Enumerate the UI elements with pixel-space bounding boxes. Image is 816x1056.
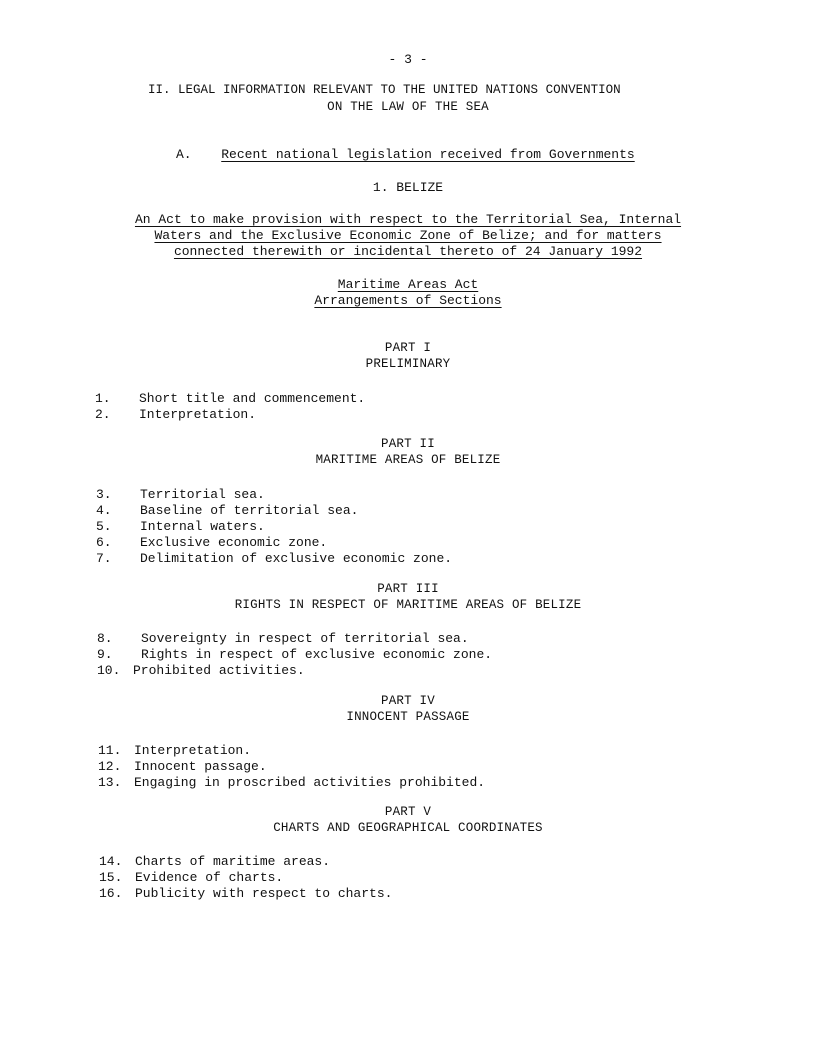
- section-item: 13.Engaging in proscribed activities pro…: [98, 775, 485, 790]
- section-item: 3.Territorial sea.: [96, 487, 265, 502]
- section-item: 15.Evidence of charts.: [99, 870, 283, 885]
- section-item: 12.Innocent passage.: [98, 759, 267, 774]
- part-2-title: MARITIME AREAS OF BELIZE: [0, 453, 816, 467]
- section-item: 14.Charts of maritime areas.: [99, 854, 330, 869]
- act-title-line3: connected therewith or incidental theret…: [0, 244, 816, 259]
- section-item: 4.Baseline of territorial sea.: [96, 503, 358, 518]
- part-3-label: PART III: [0, 582, 816, 596]
- act-title-line1: An Act to make provision with respect to…: [0, 212, 816, 227]
- section-item: 2.Interpretation.: [95, 407, 256, 422]
- section-item: 9.Rights in respect of exclusive economi…: [97, 647, 492, 662]
- section-title: Recent national legislation received fro…: [221, 147, 634, 162]
- part-4-label: PART IV: [0, 694, 816, 708]
- part-5-label: PART V: [0, 805, 816, 819]
- act-title-line2: Waters and the Exclusive Economic Zone o…: [0, 228, 816, 243]
- part-2-label: PART II: [0, 437, 816, 451]
- section-heading: A. Recent national legislation received …: [176, 147, 635, 162]
- section-item: 16.Publicity with respect to charts.: [99, 886, 392, 901]
- chapter-heading-line1: II. LEGAL INFORMATION RELEVANT TO THE UN…: [148, 83, 621, 97]
- section-item: 1.Short title and commencement.: [95, 391, 365, 406]
- section-item: 6.Exclusive economic zone.: [96, 535, 327, 550]
- part-3-title: RIGHTS IN RESPECT OF MARITIME AREAS OF B…: [0, 598, 816, 612]
- country-heading: 1. BELIZE: [0, 180, 816, 195]
- part-4-title: INNOCENT PASSAGE: [0, 710, 816, 724]
- section-item: 5.Internal waters.: [96, 519, 265, 534]
- arrangement-heading: Arrangements of Sections: [0, 293, 816, 308]
- part-1-title: PRELIMINARY: [0, 357, 816, 371]
- part-5-title: CHARTS AND GEOGRAPHICAL COORDINATES: [0, 821, 816, 835]
- section-item: 7.Delimitation of exclusive economic zon…: [96, 551, 452, 566]
- chapter-heading-line2: ON THE LAW OF THE SEA: [0, 100, 816, 114]
- part-1-label: PART I: [0, 341, 816, 355]
- section-item: 8.Sovereignty in respect of territorial …: [97, 631, 469, 646]
- page-number: - 3 -: [0, 52, 816, 67]
- act-name: Maritime Areas Act: [0, 277, 816, 292]
- section-prefix: A.: [176, 147, 192, 162]
- section-item: 10.Prohibited activities.: [97, 663, 305, 678]
- section-item: 11.Interpretation.: [98, 743, 251, 758]
